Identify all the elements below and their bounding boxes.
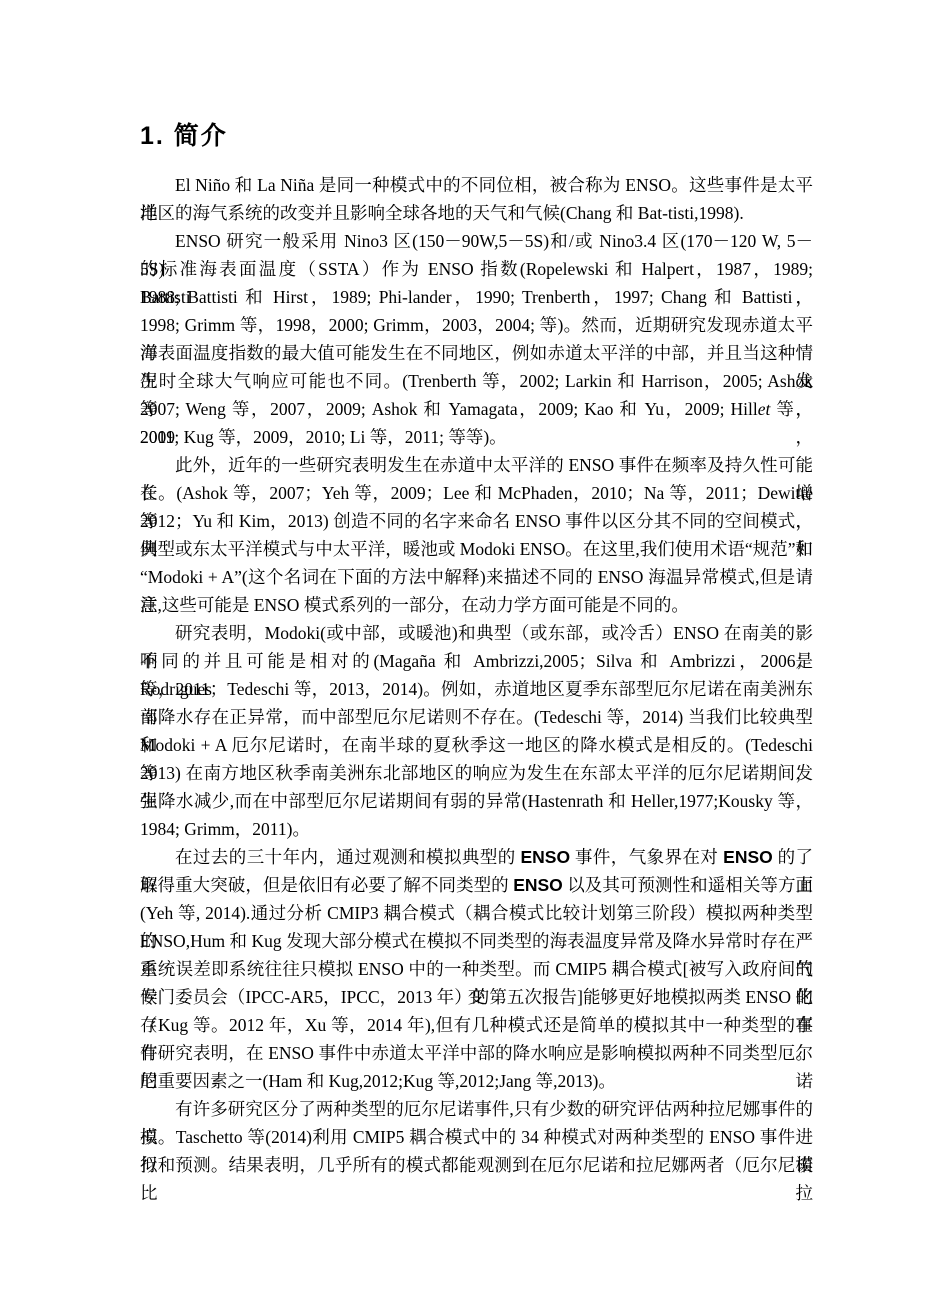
text-segment: 的重要因素之一(Ham 和 Kug,2012;Kug 等,2012;Jang 等… <box>140 1071 616 1091</box>
text-line: 2012；Yu 和 Kim，2013) 创造不同的名字来命名 ENSO 事件以区… <box>140 507 813 535</box>
bold-enso-text: ENSO <box>513 875 563 895</box>
text-line: 1984; Grimm，2011)。 <box>140 815 813 843</box>
text-line: （Kug 等。2012 年，Xu 等，2014 年),但有几种模式还是简单的模拟… <box>140 1011 813 1039</box>
paragraph: ENSO 研究一般采用 Nino3 区(150－90W,5－5S)和/或 Nin… <box>140 227 813 451</box>
text-segment: 1984; Grimm，2011)。 <box>140 819 310 839</box>
text-segment: 取得重大突破，但是依旧有必要了解不同类型的 <box>140 875 513 895</box>
text-segment: 在过去的三十年内，通过观测和模拟典型的 <box>175 847 521 867</box>
text-line: ENSO 研究一般采用 Nino3 区(150－90W,5－5S)和/或 Nin… <box>140 227 813 255</box>
text-segment: 2011; Kug 等，2009，2010; Li 等，2011; 等等)。 <box>140 427 507 447</box>
text-line: 专门委员会（IPCC-AR5，IPCC，2013 年）的第五次报告]能够更好地模… <box>140 983 813 1011</box>
text-segment: 强降水减少,而在中部型厄尔尼诺期间有弱的异常(Hastenrath 和 Hell… <box>140 791 813 811</box>
text-line: 拟和预测。结果表明，几乎所有的模式都能观测到在厄尔尼诺和拉尼娜两者（厄尔尼诺比拉 <box>140 1151 813 1179</box>
text-line: (Yeh 等, 2014).通过分析 CMIP3 耦合模式（耦合模式比较计划第三… <box>140 899 813 927</box>
text-segment: 1988; Battisti 和 Hirst，1989; Phi-lander，… <box>140 287 813 307</box>
section-heading: 1. 简介 <box>140 121 813 151</box>
italic-text: et <box>758 399 771 419</box>
text-line: El Niño 和 La Niña 是同一种模式中的不同位相，被合称为 ENSO… <box>140 171 813 199</box>
text-line: 系统误差即系统往往只模拟 ENSO 中的一种类型。而 CMIP5 耦合模式[被写… <box>140 955 813 983</box>
text-line: 1998; Grimm 等，1998，2000; Grimm，2003，2004… <box>140 311 813 339</box>
text-line: 有许多研究区分了两种类型的厄尔尼诺事件,只有少数的研究评估两种拉尼娜事件的模 <box>140 1095 813 1123</box>
text-line: 取得重大突破，但是依旧有必要了解不同类型的 ENSO 以及其可预测性和遥相关等方… <box>140 871 813 899</box>
text-line: 此外，近年的一些研究表明发生在赤道中太平洋的 ENSO 事件在频率及持久性可能在… <box>140 451 813 479</box>
text-line: 地区的海气系统的改变并且影响全球各地的天气和气候(Chang 和 Bat-tis… <box>140 199 813 227</box>
text-line: 等，2011；Tedeschi 等，2013，2014)。例如，赤道地区夏季东部… <box>140 675 813 703</box>
text-line: 2007; Weng 等，2007，2009; Ashok 和 Yamagata… <box>140 395 813 423</box>
paragraph: 此外，近年的一些研究表明发生在赤道中太平洋的 ENSO 事件在频率及持久性可能在… <box>140 451 813 619</box>
text-line: 长。(Ashok 等，2007；Yeh 等，2009；Lee 和 McPhade… <box>140 479 813 507</box>
document-page: 1. 简介 El Niño 和 La Niña 是同一种模式中的不同位相，被合称… <box>0 0 926 1309</box>
document-body: El Niño 和 La Niña 是同一种模式中的不同位相，被合称为 ENSO… <box>140 171 813 1179</box>
paragraph: El Niño 和 La Niña 是同一种模式中的不同位相，被合称为 ENSO… <box>140 171 813 227</box>
text-line: 不同的并且可能是相对的(Magaña 和 Ambrizzi,2005；Silva… <box>140 647 813 675</box>
text-line: 有研究表明，在 ENSO 事件中赤道太平洋中部的降水响应是影响模拟两种不同类型厄… <box>140 1039 813 1067</box>
text-line: Modoki + A 厄尔尼诺时，在南半球的夏秋季这一地区的降水模式是相反的。(… <box>140 731 813 759</box>
text-line: 在过去的三十年内，通过观测和模拟典型的 ENSO 事件，气象界在对 ENSO 的… <box>140 843 813 871</box>
text-line: 意,这些可能是 ENSO 模式系列的一部分，在动力学方面可能是不同的。 <box>140 591 813 619</box>
text-line: 部降水存在正异常，而中部型厄尔尼诺则不存在。(Tedeschi 等，2014) … <box>140 703 813 731</box>
text-segment: 拟和预测。结果表明，几乎所有的模式都能观测到在厄尔尼诺和拉尼娜两者（厄尔尼诺比拉 <box>140 1155 813 1203</box>
text-segment: 意,这些可能是 ENSO 模式系列的一部分，在动力学方面可能是不同的。 <box>140 595 689 615</box>
text-segment: 以及其可预测性和遥相关等方面 <box>563 875 813 895</box>
text-line: 的标准海表面温度（SSTA）作为 ENSO 指数(Ropelewski 和 Ha… <box>140 255 813 283</box>
text-line: 研究表明，Modoki(或中部，或暖池)和典型（或东部，或冷舌）ENSO 在南美… <box>140 619 813 647</box>
text-line: 典型或东太平洋模式与中太平洋，暖池或 Modoki ENSO。在这里,我们使用术… <box>140 535 813 563</box>
text-line: “Modoki + A”(这个名词在下面的方法中解释)来描述不同的 ENSO 海… <box>140 563 813 591</box>
text-segment: 地区的海气系统的改变并且影响全球各地的天气和气候(Chang 和 Bat-tis… <box>140 203 744 223</box>
text-segment: 事件，气象界在对 <box>570 847 723 867</box>
text-line: 生时全球大气响应可能也不同。(Trenberth 等，2002; Larkin … <box>140 367 813 395</box>
text-segment: 典型或东太平洋模式与中太平洋，暖池或 Modoki ENSO。在这里,我们使用术… <box>140 539 813 559</box>
text-segment: 2007; Weng 等，2007，2009; Ashok 和 Yamagata… <box>140 399 758 419</box>
text-line: 海表面温度指数的最大值可能发生在不同地区，例如赤道太平洋的中部，并且当这种情况发 <box>140 339 813 367</box>
paragraph: 有许多研究区分了两种类型的厄尔尼诺事件,只有少数的研究评估两种拉尼娜事件的模拟。… <box>140 1095 813 1179</box>
text-line: 拟。Taschetto 等(2014)利用 CMIP5 耦合模式中的 34 种模… <box>140 1123 813 1151</box>
text-line: ENSO,Hum 和 Kug 发现大部分模式在模拟不同类型的海表温度异常及降水异… <box>140 927 813 955</box>
text-line: 强降水减少,而在中部型厄尔尼诺期间有弱的异常(Hastenrath 和 Hell… <box>140 787 813 815</box>
paragraph: 研究表明，Modoki(或中部，或暖池)和典型（或东部，或冷舌）ENSO 在南美… <box>140 619 813 843</box>
document-content: 1. 简介 El Niño 和 La Niña 是同一种模式中的不同位相，被合称… <box>140 121 813 1179</box>
text-line: 1988; Battisti 和 Hirst，1989; Phi-lander，… <box>140 283 813 311</box>
paragraph: 在过去的三十年内，通过观测和模拟典型的 ENSO 事件，气象界在对 ENSO 的… <box>140 843 813 1095</box>
text-line: 2013) 在南方地区秋季南美洲东北部地区的响应为发生在东部太平洋的厄尔尼诺期间… <box>140 759 813 787</box>
bold-enso-text: ENSO <box>521 847 571 867</box>
bold-enso-text: ENSO <box>723 847 773 867</box>
